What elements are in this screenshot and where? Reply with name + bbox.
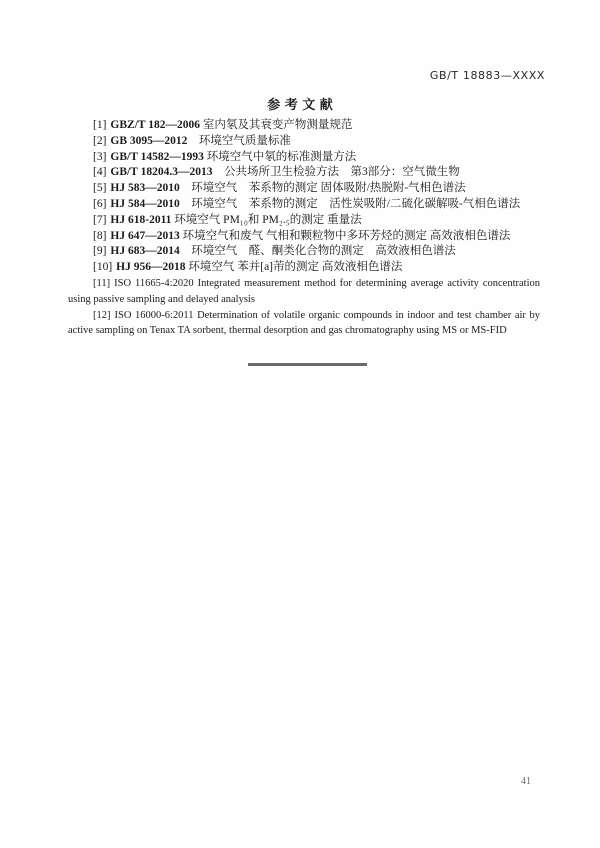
- reference-item: [8]HJ 647—2013 环境空气和废气 气相和颗粒物中多环芳烃的测定 高效…: [68, 229, 540, 245]
- reference-item: [1]GBZ/T 182—2006 室内氡及其衰变产物测量规范: [68, 118, 540, 134]
- reference-index: [10]: [93, 261, 112, 273]
- reference-standard-code: GBZ/T 182—2006: [110, 119, 200, 131]
- reference-index: [9]: [93, 245, 106, 257]
- reference-standard-code: GB/T 14582—1993: [110, 151, 203, 163]
- reference-standard-code: HJ 956—2018: [116, 261, 185, 273]
- reference-standard-code: GB/T 18204.3—2013: [110, 166, 212, 178]
- reference-item: [6]HJ 584—2010 环境空气 苯系物的测定 活性炭吸附/二硫化碳解吸-…: [68, 197, 540, 213]
- reference-title-text: 环境空气中氡的标准测量方法: [204, 151, 356, 163]
- reference-title-text: 环境空气 醛、酮类化合物的测定 高效液相色谱法: [180, 245, 456, 257]
- reference-item: [10]HJ 956—2018 环境空气 苯并[a]芾的测定 高效液相色谱法: [68, 260, 540, 276]
- reference-index: [8]: [93, 230, 106, 242]
- reference-title-text: 环境空气和废气 气相和颗粒物中多环芳烃的测定 高效液相色谱法: [180, 230, 511, 242]
- page-title: 参 考 文 献: [0, 94, 600, 113]
- reference-title-text: 室内氡及其衰变产物测量规范: [200, 119, 352, 131]
- reference-standard-code: HJ 584—2010: [110, 198, 179, 210]
- reference-index: [6]: [93, 198, 106, 210]
- standard-number-header: GB/T 18883—XXXX: [430, 69, 545, 82]
- reference-item: [7]HJ 618-2011 环境空气 PM₁₀和 PM₂.₅的测定 重量法: [68, 213, 540, 229]
- reference-standard-code: HJ 683—2014: [110, 245, 179, 257]
- reference-item: [9]HJ 683—2014 环境空气 醛、酮类化合物的测定 高效液相色谱法: [68, 244, 540, 260]
- reference-standard-code: GB 3095—2012: [110, 135, 187, 147]
- reference-title-text: 公共场所卫生检验方法 第3部分：空气微生物: [212, 166, 459, 178]
- reference-item: [5]HJ 583—2010 环境空气 苯系物的测定 固体吸附/热脱附-气相色谱…: [68, 181, 540, 197]
- reference-item: [4]GB/T 18204.3—2013 公共场所卫生检验方法 第3部分：空气微…: [68, 165, 540, 181]
- reference-index: [7]: [93, 214, 106, 226]
- reference-standard-code: HJ 647—2013: [110, 230, 179, 242]
- section-divider: [248, 363, 367, 366]
- reference-item: [11]ISO 11665-4:2020 Integrated measurem…: [68, 276, 540, 308]
- reference-title-text: 环境空气 苯系物的测定 活性炭吸附/二硫化碳解吸-气相色谱法: [180, 198, 521, 210]
- reference-title-text: 环境空气 苯系物的测定 固体吸附/热脱附-气相色谱法: [180, 182, 466, 194]
- reference-item: [3]GB/T 14582—1993 环境空气中氡的标准测量方法: [68, 150, 540, 166]
- reference-index: [12]: [93, 310, 111, 321]
- document-page: GB/T 18883—XXXX 参 考 文 献 [1]GBZ/T 182—200…: [0, 0, 600, 848]
- reference-standard-code: ISO 11665-4:2020: [114, 278, 193, 289]
- reference-standard-code: HJ 583—2010: [110, 182, 179, 194]
- reference-standard-code: HJ 618-2011: [110, 214, 171, 226]
- page-number: 41: [516, 776, 536, 787]
- references-list: [1]GBZ/T 182—2006 室内氡及其衰变产物测量规范 [2]GB 30…: [68, 118, 540, 339]
- reference-item: [12]ISO 16000-6:2011 Determination of vo…: [68, 308, 540, 340]
- reference-index: [3]: [93, 151, 106, 163]
- reference-index: [4]: [93, 166, 106, 178]
- reference-index: [11]: [93, 278, 110, 289]
- reference-index: [2]: [93, 135, 106, 147]
- reference-index: [1]: [93, 119, 106, 131]
- reference-standard-code: ISO 16000-6:2011: [115, 310, 194, 321]
- reference-title-text: 环境空气 苯并[a]芾的测定 高效液相色谱法: [186, 261, 403, 273]
- reference-title-text: 环境空气质量标准: [187, 135, 291, 147]
- reference-item: [2]GB 3095—2012 环境空气质量标准: [68, 134, 540, 150]
- reference-title-text: 环境空气 PM₁₀和 PM₂.₅的测定 重量法: [171, 214, 361, 226]
- reference-index: [5]: [93, 182, 106, 194]
